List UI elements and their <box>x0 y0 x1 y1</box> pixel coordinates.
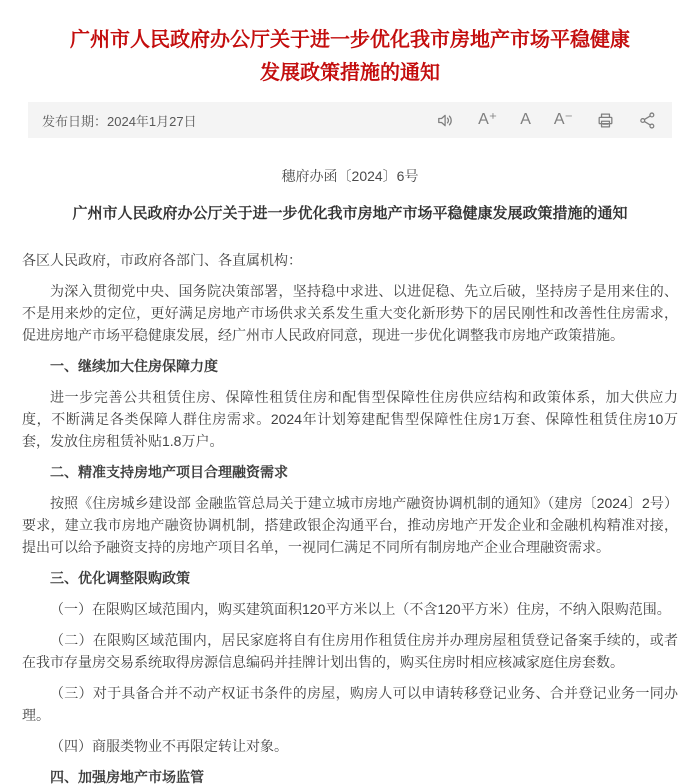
publish-date: 发布日期：2024年1月27日 <box>42 111 197 130</box>
doc-paragraph: （三）对于具备合并不动产权证书条件的房屋，购房人可以申请转移登记业务、合并登记业… <box>22 682 678 726</box>
page-title: 广州市人民政府办公厅关于进一步优化我市房地产市场平稳健康发展政策措施的通知 <box>0 0 700 102</box>
printer-icon[interactable] <box>596 111 615 130</box>
doc-title: 广州市人民政府办公厅关于进一步优化我市房地产市场平稳健康发展政策措施的通知 <box>0 202 700 223</box>
publish-date-value: 2024年1月27日 <box>107 114 197 129</box>
share-icon[interactable] <box>638 111 657 130</box>
publish-date-label: 发布日期： <box>42 114 107 129</box>
doc-paragraph: 按照《住房城乡建设部 金融监管总局关于建立城市房地产融资协调机制的通知》（建房〔… <box>22 492 678 558</box>
audio-icon[interactable] <box>436 111 455 130</box>
doc-body: 各区人民政府，市政府各部门、各直属机构：为深入贯彻党中央、国务院决策部署，坚持稳… <box>22 249 678 784</box>
doc-paragraph: 进一步完善公共租赁住房、保障性租赁住房和配售型保障性住房供应结构和政策体系，加大… <box>22 386 678 452</box>
doc-section-heading: 二、精准支持房地产项目合理融资需求 <box>22 461 678 483</box>
font-smaller-button[interactable]: A⁻ <box>554 112 573 128</box>
doc-paragraph: 各区人民政府，市政府各部门、各直属机构： <box>22 249 678 271</box>
doc-section-heading: 三、优化调整限购政策 <box>22 567 678 589</box>
meta-toolbar: A⁺ A A⁻ <box>436 111 657 130</box>
font-larger-button[interactable]: A⁺ <box>478 112 497 128</box>
meta-bar: 发布日期：2024年1月27日 A⁺ A A⁻ <box>28 102 672 138</box>
doc-number: 穗府办函〔2024〕6号 <box>0 166 700 186</box>
font-normal-button[interactable]: A <box>520 112 531 128</box>
doc-paragraph: （一）在限购区域范围内，购买建筑面积120平方米以上（不含120平方米）住房，不… <box>22 598 678 620</box>
doc-section-heading: 四、加强房地产市场监管 <box>22 766 678 784</box>
doc-paragraph: （四）商服类物业不再限定转让对象。 <box>22 735 678 757</box>
doc-section-heading: 一、继续加大住房保障力度 <box>22 355 678 377</box>
doc-paragraph: 为深入贯彻党中央、国务院决策部署，坚持稳中求进、以进促稳、先立后破，坚持房子是用… <box>22 280 678 346</box>
doc-paragraph: （二）在限购区域范围内，居民家庭将自有住房用作租赁住房并办理房屋租赁登记备案手续… <box>22 629 678 673</box>
